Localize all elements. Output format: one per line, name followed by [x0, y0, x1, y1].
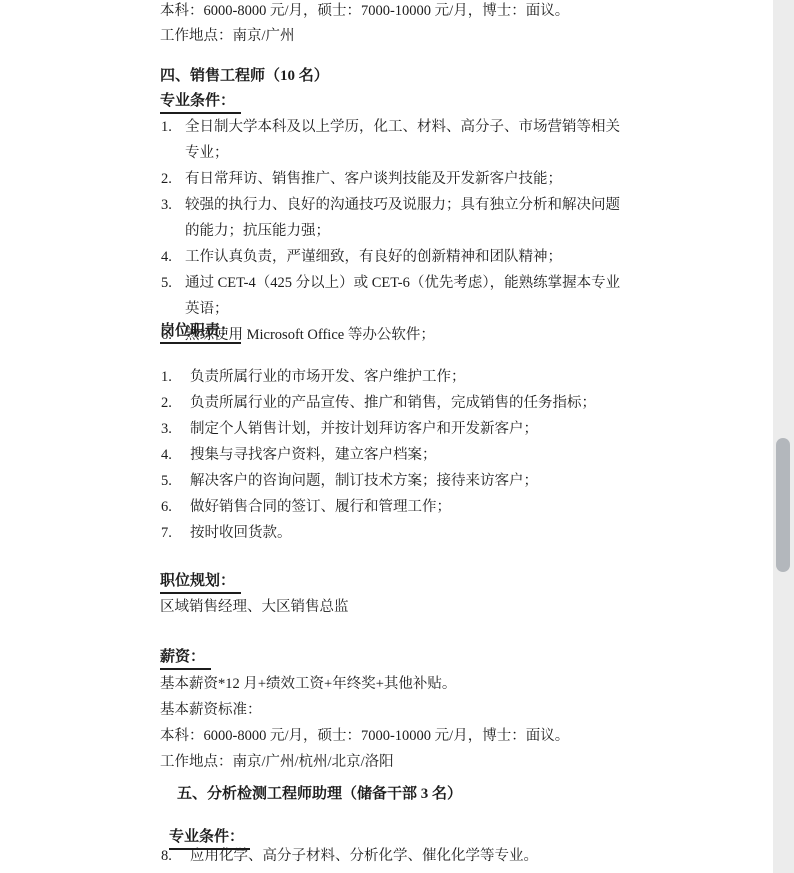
item-text: 应用化学、高分子材料、分析化学、催化化学等专业。 — [190, 843, 681, 869]
salary-heading: 薪资： — [160, 648, 211, 670]
section-analysis-heading: 五、分析检测工程师助理（储备干部 3 名） — [177, 784, 462, 804]
item-text: 按时收回货款。 — [190, 520, 681, 546]
item-text: 全日制大学本科及以上学历，化工、材料、高分子、市场营销等相关专业； — [185, 114, 631, 166]
item-text: 搜集与寻找客户资料，建立客户档案； — [190, 442, 681, 468]
requirement-item: 3. 较强的执行力、良好的沟通技巧及说服力；具有独立分析和解决问题的能力；抗压能… — [161, 192, 631, 244]
item-text: 工作认真负责，严谨细致，有良好的创新精神和团队精神； — [185, 244, 631, 270]
duty-item: 7. 按时收回货款。 — [161, 520, 681, 546]
item-number: 3. — [161, 192, 185, 218]
item-text: 熟练使用 Microsoft Office 等办公软件； — [185, 322, 631, 348]
sales-requirements-heading-text: 专业条件： — [160, 92, 241, 114]
requirement-item: 2. 有日常拜访、销售推广、客户谈判技能及开发新客户技能； — [161, 166, 631, 192]
item-text: 负责所属行业的市场开发、客户维护工作； — [190, 364, 681, 390]
item-text: 做好销售合同的签订、履行和管理工作； — [190, 494, 681, 520]
career-plan-heading-text: 职位规划： — [160, 572, 241, 594]
item-number: 6. — [161, 494, 190, 520]
analysis-requirements-list: 8. 应用化学、高分子材料、分析化学、催化化学等专业。 — [161, 843, 681, 869]
item-number: 5. — [161, 468, 190, 494]
sales-duties-heading: 岗位职责： — [160, 322, 241, 344]
requirement-item: 8. 应用化学、高分子材料、分析化学、催化化学等专业。 — [161, 843, 681, 869]
item-number: 7. — [161, 520, 190, 546]
item-text: 解决客户的咨询问题，制订技术方案；接待来访客户； — [190, 468, 681, 494]
requirement-item: 5. 通过 CET-4（425 分以上）或 CET-6（优先考虑），能熟练掌握本… — [161, 270, 631, 322]
item-number: 4. — [161, 244, 185, 270]
requirement-item: 1. 全日制大学本科及以上学历，化工、材料、高分子、市场营销等相关专业； — [161, 114, 631, 166]
duty-item: 6. 做好销售合同的签订、履行和管理工作； — [161, 494, 681, 520]
career-plan-heading: 职位规划： — [160, 572, 241, 594]
item-number: 2. — [161, 166, 185, 192]
intro-location-line: 工作地点：南京/广州 — [160, 23, 295, 49]
item-number: 4. — [161, 442, 190, 468]
sales-requirements-heading: 专业条件： — [160, 92, 241, 114]
section-sales-heading: 四、销售工程师（10 名） — [160, 66, 329, 86]
item-text: 通过 CET-4（425 分以上）或 CET-6（优先考虑），能熟练掌握本专业英… — [185, 270, 631, 322]
item-text: 负责所属行业的产品宣传、推广和销售，完成销售的任务指标； — [190, 390, 681, 416]
salary-amounts-line: 本科：6000-8000 元/月，硕士：7000-10000 元/月，博士：面议… — [160, 723, 569, 749]
sales-requirements-list: 1. 全日制大学本科及以上学历，化工、材料、高分子、市场营销等相关专业； 2. … — [161, 114, 631, 348]
duty-item: 3. 制定个人销售计划，并按计划拜访客户和开发新客户； — [161, 416, 681, 442]
salary-heading-text: 薪资： — [160, 648, 211, 670]
duty-item: 4. 搜集与寻找客户资料，建立客户档案； — [161, 442, 681, 468]
item-number: 8. — [161, 843, 190, 869]
sales-duties-heading-text: 岗位职责： — [160, 322, 241, 344]
item-text: 制定个人销售计划，并按计划拜访客户和开发新客户； — [190, 416, 681, 442]
career-path-line: 区域销售经理、大区销售总监 — [160, 594, 349, 620]
scrollbar-track[interactable] — [773, 0, 794, 873]
item-number: 3. — [161, 416, 190, 442]
sales-duties-list: 1. 负责所属行业的市场开发、客户维护工作； 2. 负责所属行业的产品宣传、推广… — [161, 364, 681, 546]
item-number: 5. — [161, 270, 185, 296]
salary-composition-line: 基本薪资*12 月+绩效工资+年终奖+其他补贴。 — [160, 671, 456, 697]
scrollbar-thumb[interactable] — [776, 438, 790, 572]
duty-item: 5. 解决客户的咨询问题，制订技术方案；接待来访客户； — [161, 468, 681, 494]
work-location-line: 工作地点：南京/广州/杭州/北京/洛阳 — [160, 749, 394, 775]
item-text: 有日常拜访、销售推广、客户谈判技能及开发新客户技能； — [185, 166, 631, 192]
duty-item: 1. 负责所属行业的市场开发、客户维护工作； — [161, 364, 681, 390]
item-text: 较强的执行力、良好的沟通技巧及说服力；具有独立分析和解决问题的能力；抗压能力强； — [185, 192, 631, 244]
item-number: 1. — [161, 364, 190, 390]
requirement-item: 4. 工作认真负责，严谨细致，有良好的创新精神和团队精神； — [161, 244, 631, 270]
intro-salary-line: 本科：6000-8000 元/月，硕士：7000-10000 元/月，博士：面议… — [160, 0, 569, 24]
item-number: 2. — [161, 390, 190, 416]
salary-standard-label-line: 基本薪资标准： — [160, 697, 262, 723]
duty-item: 2. 负责所属行业的产品宣传、推广和销售，完成销售的任务指标； — [161, 390, 681, 416]
document-page: 本科：6000-8000 元/月，硕士：7000-10000 元/月，博士：面议… — [0, 0, 794, 873]
item-number: 1. — [161, 114, 185, 140]
